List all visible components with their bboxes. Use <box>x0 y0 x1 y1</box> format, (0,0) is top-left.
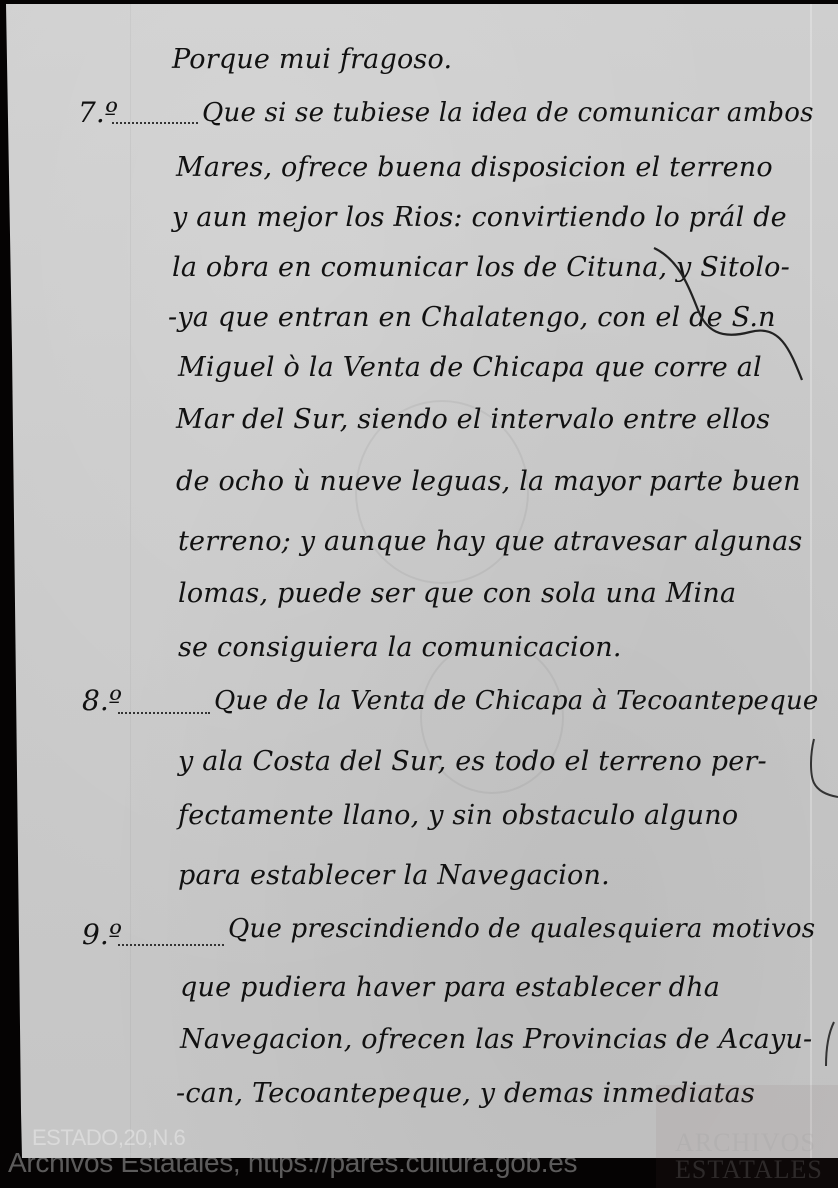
manuscript-line: y aun mejor los Rios: convirtiendo lo pr… <box>172 202 787 233</box>
paper-fold-line <box>810 4 812 1158</box>
archive-logo-text: ESTATALES <box>675 1155 823 1185</box>
archive-source-watermark: Archivos Estatales, https://pares.cultur… <box>8 1147 577 1179</box>
manuscript-line: que pudiera haver para establecer dha <box>180 972 720 1003</box>
manuscript-line: Que si se tubiese la idea de comunicar a… <box>202 98 814 128</box>
manuscript-line: y ala Costa del Sur, es todo el terreno … <box>178 746 767 777</box>
dotted-leader <box>118 944 224 946</box>
manuscript-line: fectamente llano, y sin obstaculo alguno <box>178 800 738 831</box>
manuscript-line: lomas, puede ser que con sola una Mina <box>178 578 736 609</box>
archive-logo-text: ARCHIVOS <box>675 1128 816 1158</box>
manuscript-line: Navegacion, ofrecen las Provincias de Ac… <box>180 1024 812 1055</box>
manuscript-line: terreno; y aunque hay que atravesar algu… <box>178 526 802 557</box>
item-numeral: 9.º <box>82 918 122 951</box>
manuscript-line: Que prescindiendo de qualesquiera motivo… <box>228 914 815 944</box>
manuscript-line: Mar del Sur, siendo el intervalo entre e… <box>176 404 770 435</box>
paper-fold-line <box>130 4 131 1158</box>
ink-stroke <box>640 240 838 390</box>
dotted-leader <box>118 712 210 714</box>
dotted-leader <box>112 122 198 124</box>
manuscript-line: para establecer la Navegacion. <box>178 860 610 891</box>
manuscript-line: Mares, ofrece buena disposicion el terre… <box>176 152 773 183</box>
manuscript-line: Porque mui fragoso. <box>172 44 452 75</box>
item-numeral: 7.º <box>78 96 118 129</box>
manuscript-line: se consiguiera la comunicacion. <box>178 632 622 663</box>
ink-stroke <box>808 735 838 805</box>
scanned-page: Porque mui fragoso. 7.º Que si se tubies… <box>0 0 838 1188</box>
manuscript-line: de ocho ù nueve leguas, la mayor parte b… <box>176 466 801 497</box>
item-numeral: 8.º <box>82 684 122 717</box>
ink-stroke <box>820 1020 838 1070</box>
manuscript-line: Que de la Venta de Chicapa à Tecoantepeq… <box>214 686 819 716</box>
